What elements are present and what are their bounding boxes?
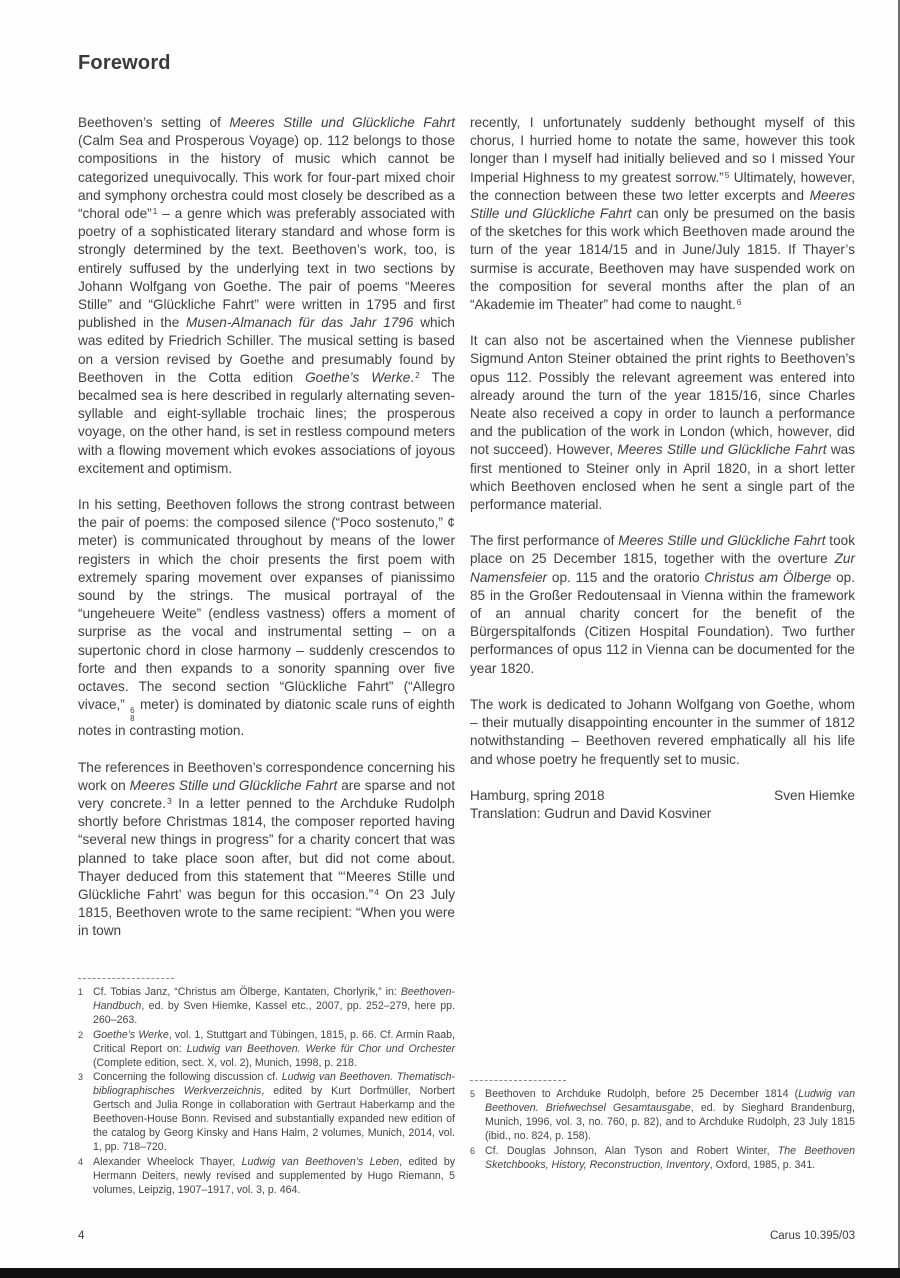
body-paragraph: The work is dedicated to Johann Wolfgang… — [470, 696, 855, 769]
page-footer: 4 Carus 10.395/03 — [78, 1230, 855, 1242]
footnote-text: Concerning the following discussion cf. … — [93, 1071, 455, 1154]
left-column: Beethoven’s setting of Meeres Stille und… — [78, 114, 455, 959]
footnote-text: Cf. Douglas Johnson, Alan Tyson and Robe… — [485, 1145, 855, 1173]
footnote-number: 1 — [78, 986, 93, 1028]
body-paragraph: Beethoven’s setting of Meeres Stille und… — [78, 114, 455, 478]
footnotes-left: 1 Cf. Tobias Janz, “Christus am Ölberge,… — [78, 978, 455, 1199]
footnote-text: Alexander Wheelock Thayer, Ludwig van Be… — [93, 1156, 455, 1198]
page-title: Foreword — [78, 52, 171, 75]
body-paragraph: In his setting, Beethoven follows the st… — [78, 496, 455, 740]
footnote: 3 Concerning the following discussion cf… — [78, 1071, 455, 1154]
body-paragraph: recently, I unfortunately suddenly betho… — [470, 114, 855, 314]
footnote-text: Goethe’s Werke, vol. 1, Stuttgart and Tü… — [93, 1029, 455, 1071]
body-paragraph: The first performance of Meeres Stille u… — [470, 532, 855, 678]
footnote-number: 6 — [470, 1145, 485, 1173]
footnote-separator — [470, 1080, 566, 1081]
footnotes-right: 5 Beethoven to Archduke Rudolph, before … — [470, 1080, 855, 1173]
scan-edge-bottom — [0, 1268, 900, 1278]
footnote: 6 Cf. Douglas Johnson, Alan Tyson and Ro… — [470, 1145, 855, 1173]
signoff-translation: Translation: Gudrun and David Kosviner — [470, 805, 855, 823]
document-page: Foreword Beethoven’s setting of Meeres S… — [0, 0, 900, 1278]
footnote: 4 Alexander Wheelock Thayer, Ludwig van … — [78, 1156, 455, 1198]
footnote-number: 5 — [470, 1088, 485, 1144]
catalog-number: Carus 10.395/03 — [770, 1230, 855, 1242]
signoff-block: Hamburg, spring 2018 Sven Hiemke Transla… — [470, 787, 855, 823]
footnote: 1 Cf. Tobias Janz, “Christus am Ölberge,… — [78, 986, 455, 1028]
footnote-number: 2 — [78, 1029, 93, 1071]
footnote-separator — [78, 978, 174, 979]
body-paragraph: The references in Beethoven’s correspond… — [78, 759, 455, 941]
signoff-author: Sven Hiemke — [774, 787, 855, 805]
right-column: recently, I unfortunately suddenly betho… — [470, 114, 855, 823]
footnote: 2 Goethe’s Werke, vol. 1, Stuttgart and … — [78, 1029, 455, 1071]
footnote-text: Beethoven to Archduke Rudolph, before 25… — [485, 1088, 855, 1144]
footnote: 5 Beethoven to Archduke Rudolph, before … — [470, 1088, 855, 1144]
page-number: 4 — [78, 1230, 84, 1242]
footnote-number: 3 — [78, 1071, 93, 1154]
signoff-place-date: Hamburg, spring 2018 — [470, 787, 605, 805]
footnote-text: Cf. Tobias Janz, “Christus am Ölberge, K… — [93, 986, 455, 1028]
two-column-body: Beethoven’s setting of Meeres Stille und… — [78, 114, 855, 1224]
footnote-number: 4 — [78, 1156, 93, 1198]
body-paragraph: It can also not be ascertained when the … — [470, 332, 855, 514]
